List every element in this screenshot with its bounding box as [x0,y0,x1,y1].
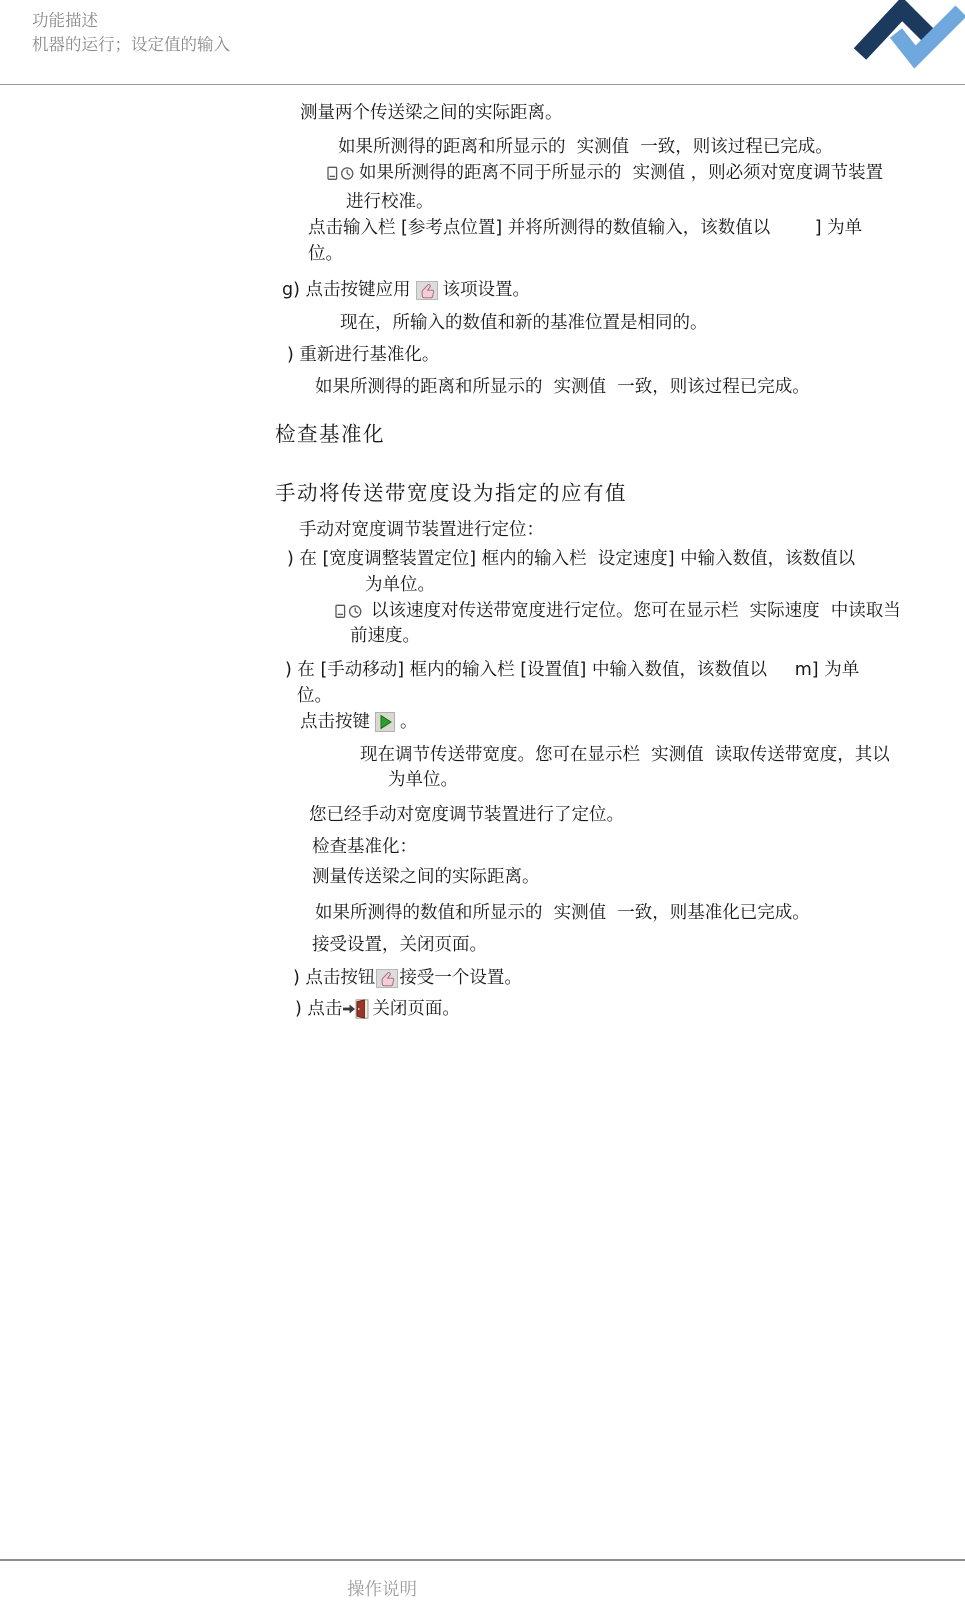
step-close-post: 关闭页面。 [372,997,460,1021]
step-accept-setting: ) 点击按钮 接受一个设置。 [293,966,522,990]
instruction-enter-reference: 点击输入栏 [参考点位置] 并将所测得的数值输入，该数值以 ] 为单 [308,216,862,240]
instruction-measure-distance: 测量两个传送梁之间的实际距离。 [300,101,563,125]
step-press-start-key: 点击按键 。 [300,710,418,734]
step-apply-setting: g) 点击按键应用 该项设置。 [282,278,530,302]
step-apply-post: 该项设置。 [443,278,531,302]
note-speed-text-wrap: 前速度。 [350,624,420,648]
note-speed-text: 以该速度对传送带宽度进行定位。您可在显示栏 实际速度 中读取当 [371,599,901,623]
step-enter-set-speed-wrap: 为单位。 [365,573,435,597]
display-clock-note-icon [335,604,362,619]
step-redo-referencing: ) 重新进行基准化。 [287,343,439,367]
step-accept-post: 接受一个设置。 [399,966,522,990]
step-enter-set-value-wrap: 位。 [297,684,332,708]
note-text-wrap: 进行校准。 [346,190,434,214]
result-process-complete: 如果所测得的距离和所显示的 实测值 一致，则该过程已完成。 [338,135,833,159]
note-text: 如果所测得的距离不同于所显示的 实测值 ，则必须对宽度调节装置 [359,161,883,185]
manual-page: 功能描述 机器的运行；设定值的输入 测量两个传送梁之间的实际距离。 如果所测得的… [0,0,965,1606]
apply-settings-thumb-icon [416,281,438,300]
footer-divider [0,1559,965,1561]
close-page-exit-door-icon [343,999,371,1019]
instruction-check-referencing: 检查基准化： [312,835,417,859]
display-clock-note-icon [327,166,354,181]
footer-label: 操作说明 [347,1576,417,1601]
step-close-page: ) 点击 关闭页面。 [295,997,460,1021]
instruction-accept-close: 接受设置，关闭页面。 [312,933,487,957]
section-heading-manual-width: 手动将传送带宽度设为指定的应有值 [275,479,627,507]
apply-settings-thumb-icon [376,969,398,988]
note-calibration-needed: 如果所测得的距离不同于所显示的 实测值 ，则必须对宽度调节装置 [327,161,883,185]
result-width-adjusting: 现在调节传送带宽度。您可在显示栏 实测值 读取传送带宽度，其以 [360,743,890,767]
result-process-complete-2: 如果所测得的距离和所显示的 实测值 一致，则该过程已完成。 [315,375,810,399]
header-doc-type: 功能描述 [32,10,98,32]
step-apply-pre: g) 点击按键应用 [282,278,411,302]
instruction-enter-reference-wrap: 位。 [308,242,343,266]
header-chapter: 机器的运行；设定值的输入 [32,34,230,56]
start-play-button-icon [375,712,395,732]
section-heading-check-referencing: 检查基准化 [275,420,385,448]
result-value-equals-reference: 现在，所输入的数值和新的基准位置是相同的。 [340,311,708,335]
result-positioned-manually: 您已经手动对宽度调节装置进行了定位。 [309,803,624,827]
result-referencing-complete: 如果所测得的数值和所显示的 实测值 一致，则基准化已完成。 [315,901,810,925]
instruction-measure-beam-distance: 测量传送梁之间的实际距离。 [312,865,540,889]
step-start-post: 。 [400,710,418,734]
step-accept-pre: ) 点击按钮 [293,966,375,990]
note-speed-positioning: 以该速度对传送带宽度进行定位。您可在显示栏 实际速度 中读取当 [335,599,901,623]
header-divider [0,84,965,85]
company-logo-icon [830,0,965,80]
step-enter-set-value: ) 在 [手动移动] 框内的输入栏 [设置值] 中输入数值，该数值以 m] 为单 [285,658,859,682]
instruction-position-manually: 手动对宽度调节装置进行定位： [299,518,544,542]
step-close-pre: ) 点击 [295,997,342,1021]
step-start-pre: 点击按键 [300,710,370,734]
result-width-adjusting-wrap: 为单位。 [388,768,458,792]
step-enter-set-speed: ) 在 [宽度调整装置定位] 框内的输入栏 设定速度] 中输入数值，该数值以 [287,547,855,571]
